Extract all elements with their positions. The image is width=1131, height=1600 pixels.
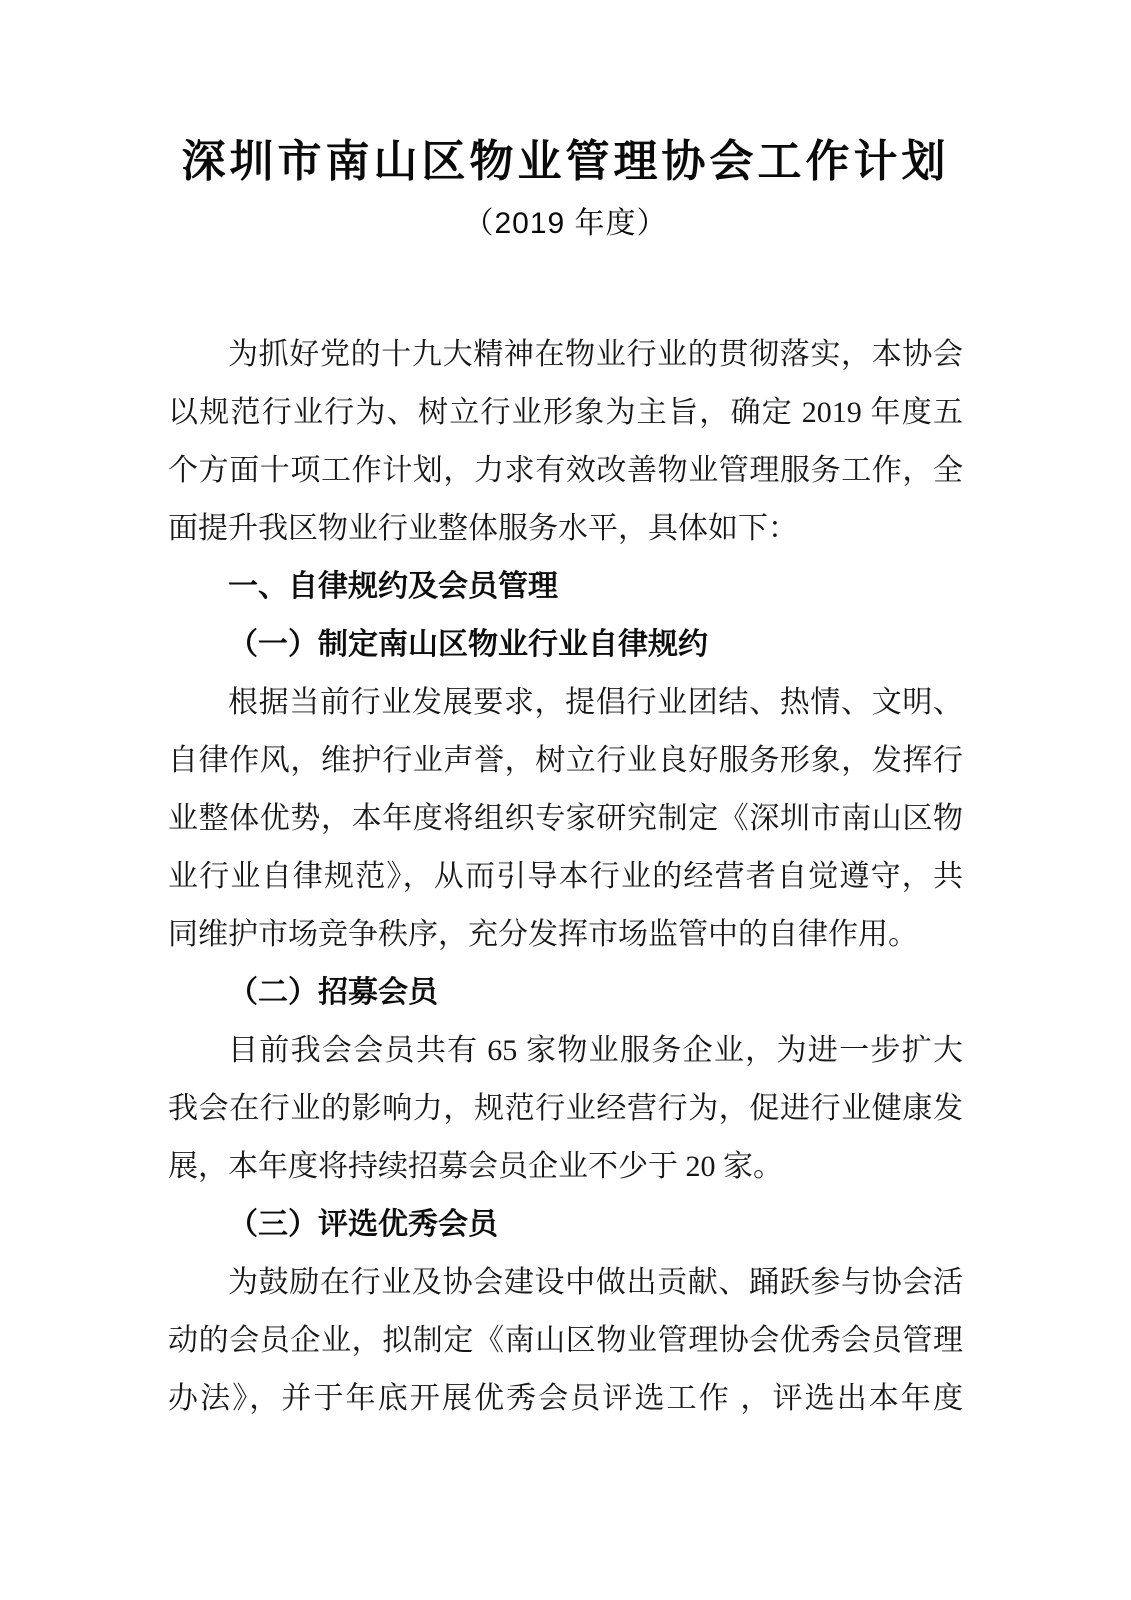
text-line: 个方面十项工作计划，力求有效改善物业管理服务工作，全 (168, 442, 963, 500)
text-line: 展，本年度将持续招募会员企业不少于 20 家。 (168, 1138, 963, 1196)
text-line: 业整体优势，本年度将组织专家研究制定《深圳市南山区物 (168, 790, 963, 848)
page-title: 深圳市南山区物业管理协会工作计划 (0, 0, 1131, 190)
paragraph: 为鼓励在行业及协会建设中做出贡献、踊跃参与协会活动的会员企业，拟制定《南山区物业… (168, 1254, 963, 1428)
document-body: 为抓好党的十九大精神在物业行业的贯彻落实，本协会以规范行业行为、树立行业形象为主… (168, 326, 963, 1428)
text-line: 我会在行业的影响力，规范行业经营行为，促进行业健康发 (168, 1080, 963, 1138)
paragraph: 目前我会会员共有 65 家物业服务企业，为进一步扩大我会在行业的影响力，规范行业… (168, 1022, 963, 1196)
paragraph: 为抓好党的十九大精神在物业行业的贯彻落实，本协会以规范行业行为、树立行业形象为主… (168, 326, 963, 558)
text-line: 动的会员企业，拟制定《南山区物业管理协会优秀会员管理 (168, 1312, 963, 1370)
text-line: 办法》，并于年底开展优秀会员评选工作 ，评选出本年度 (168, 1370, 963, 1428)
document-page: 深圳市南山区物业管理协会工作计划 （2019 年度） 为抓好党的十九大精神在物业… (0, 0, 1131, 1600)
section-heading: （三）评选优秀会员 (168, 1196, 963, 1254)
text-line: 面提升我区物业行业整体服务水平，具体如下： (168, 500, 963, 558)
text-line: 目前我会会员共有 65 家物业服务企业，为进一步扩大 (168, 1022, 963, 1080)
text-line: 业行业自律规范》，从而引导本行业的经营者自觉遵守，共 (168, 848, 963, 906)
text-line: 为鼓励在行业及协会建设中做出贡献、踊跃参与协会活 (168, 1254, 963, 1312)
text-line: 为抓好党的十九大精神在物业行业的贯彻落实，本协会 (168, 326, 963, 384)
section-heading: 一、自律规约及会员管理 (168, 558, 963, 616)
section-heading: （二）招募会员 (168, 964, 963, 1022)
section-heading: （一）制定南山区物业行业自律规约 (168, 616, 963, 674)
page-subtitle: （2019 年度） (0, 200, 1131, 248)
text-line: 自律作风，维护行业声誉，树立行业良好服务形象，发挥行 (168, 732, 963, 790)
text-line: 根据当前行业发展要求，提倡行业团结、热情、文明、 (168, 674, 963, 732)
paragraph: 根据当前行业发展要求，提倡行业团结、热情、文明、自律作风，维护行业声誉，树立行业… (168, 674, 963, 964)
text-line: 同维护市场竞争秩序，充分发挥市场监管中的自律作用。 (168, 906, 963, 964)
text-line: 以规范行业行为、树立行业形象为主旨，确定 2019 年度五 (168, 384, 963, 442)
